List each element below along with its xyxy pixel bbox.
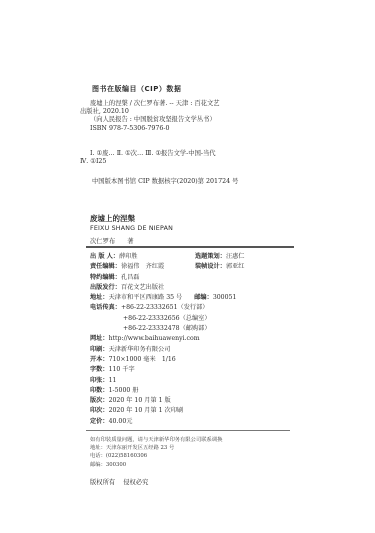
cip-record-number: 中国版本图书馆 CIP 数据核字(2020)第 201724 号 — [92, 176, 238, 185]
notice-line-2: 地址：天津东丽开发区五经路 23 号 — [90, 444, 300, 452]
divider-bold — [86, 246, 294, 248]
row-phone-2: +86-22-23332656（总编室） — [90, 314, 300, 324]
cip-class-line-1: Ⅰ. ①废… Ⅱ. ①次… Ⅲ. ①报告文学-中国-当代 — [80, 150, 295, 158]
book-title-pinyin: FEIXU SHANG DE NIEPAN — [90, 225, 173, 232]
notice-line-4: 邮编：300300 — [90, 461, 300, 469]
row-copies: 印数：1-5000 册 — [90, 386, 300, 396]
row-format: 开本：710×1000 毫米 1/16 — [90, 355, 300, 365]
book-title: 废墟上的涅槃 — [90, 213, 135, 224]
row-price: 定价：40.00元 — [90, 417, 300, 427]
cip-entry: 废墟上的涅槃 / 次仁罗布著. -- 天津 : 百花文艺 出版社, 2020.1… — [80, 100, 295, 133]
row-words: 字数：110 千字 — [90, 365, 300, 375]
author-role: 著 — [127, 238, 133, 245]
quality-notice: 如有印装质量问题，请与天津新华印务有限公司联系调换 地址：天津东丽开发区五经路 … — [90, 436, 300, 469]
row-publisher-person: 出 版 人：薛印胜 选题策划：汪惠仁 — [90, 252, 300, 262]
cip-classification: Ⅰ. ①废… Ⅱ. ①次… Ⅲ. ①报告文学-中国-当代 Ⅳ. ①I25 — [80, 150, 295, 166]
copyright-statement: 版权所有侵权必究 — [90, 477, 148, 486]
row-sheets: 印张：11 — [90, 376, 300, 386]
website-link[interactable]: http://www.baihuawenyi.com — [109, 335, 200, 342]
divider-thin — [86, 430, 290, 431]
row-special-editor: 特约编辑：孔昌磊 — [90, 273, 300, 283]
row-edition: 版次：2020 年 10 月第 1 版 — [90, 396, 300, 406]
cip-isbn: ISBN 978-7-5306-7976-0 — [80, 125, 295, 133]
row-impression: 印次：2020 年 10 月第 1 次印刷 — [90, 406, 300, 416]
colophon-details: 出 版 人：薛印胜 选题策划：汪惠仁 责任编辑：徐福伟 齐红霞 装帧设计：郭亚红… — [90, 252, 300, 427]
author-name: 次仁罗布 — [90, 238, 115, 245]
row-phone-3: +86-22-23332478（邮购部） — [90, 324, 300, 334]
cip-class-line-2: Ⅳ. ①I25 — [80, 158, 295, 166]
row-website: 网址：http://www.baihuawenyi.com — [90, 334, 300, 344]
cip-heading: 图书在版编目（CIP）数据 — [92, 84, 181, 94]
row-editors: 责任编辑：徐福伟 齐红霞 装帧设计：郭亚红 — [90, 262, 300, 272]
notice-line-1: 如有印装质量问题，请与天津新华印务有限公司联系调换 — [90, 436, 300, 444]
cip-line-1: 废墟上的涅槃 / 次仁罗布著. -- 天津 : 百花文艺 — [80, 100, 295, 108]
notice-line-3: 电话：(022)58160306 — [90, 452, 300, 460]
row-phone-1: 电话传真：+86-22-23332651（发行部） — [90, 303, 300, 313]
row-issuer: 出版发行：百花文艺出版社 — [90, 283, 300, 293]
author-line: 次仁罗布著 — [90, 236, 133, 245]
row-printer: 印刷：天津新华印务有限公司 — [90, 345, 300, 355]
row-address: 地址：天津市和平区西康路 35 号邮编：300051 — [90, 293, 300, 303]
cip-series: （向人民报告 : 中国脱贫攻坚报告文学丛书） — [80, 116, 295, 124]
